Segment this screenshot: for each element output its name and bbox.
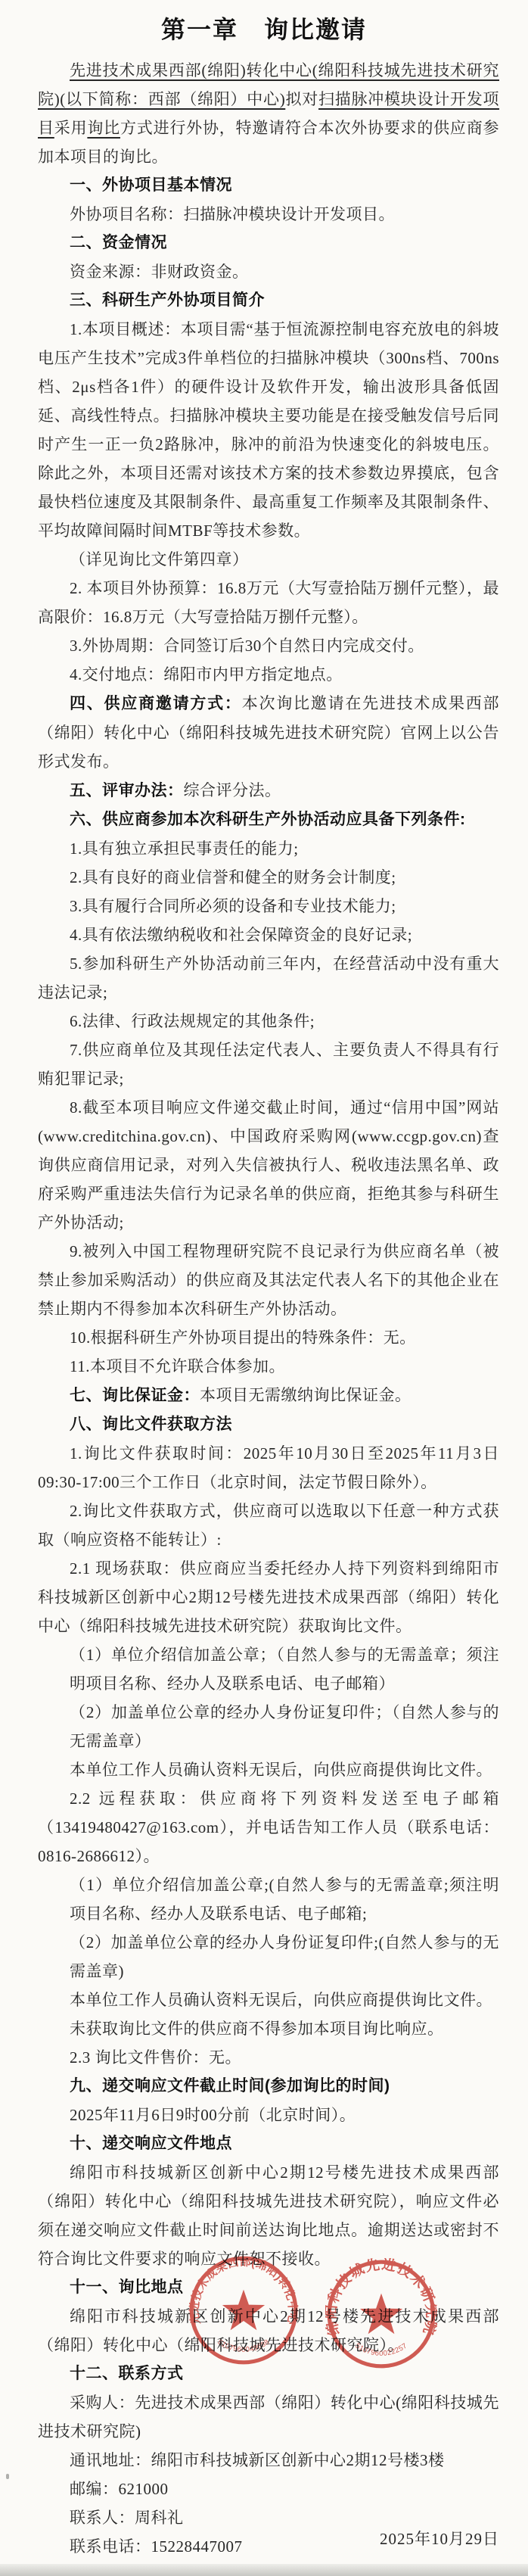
text-run: 四、供应商邀请方式： — [70, 695, 242, 712]
text-run: 3.外协周期：合同签订后30个自然日内完成交付。 — [70, 637, 424, 655]
period-line: 3.外协周期：合同签订后30个自然日内完成交付。 — [38, 631, 499, 660]
text-run: 5.参加科研生产外协活动前三年内，在经营活动中没有重大违法记录; — [38, 955, 499, 1001]
condition-3: 3.具有履行合同所必须的设备和专业技术能力; — [38, 892, 499, 920]
stamp-star-icon — [360, 2294, 402, 2335]
text-run: 1.本项目概述：本项目需“基于恒流源控制电容充放电的斜坡电压产生技术”完成3件单… — [38, 320, 499, 540]
text-run: 9.被列入中国工程物理研究院不良记录行为供应商名单（被禁止参加采购活动）的供应商… — [38, 1242, 499, 1318]
document-page: 第一章 询比邀请 先进技术成果西部(绵阳)转化中心(绵阳科技城先进技术研究院)(… — [0, 0, 528, 2576]
section-2-heading: 二、资金情况 — [38, 229, 499, 257]
text-run: 4.交付地点：绵阳市内甲方指定地点。 — [70, 665, 343, 684]
text-run: 九、递交响应文件截止时间(参加询比的时间) — [70, 2077, 390, 2095]
purchaser-line: 采购人：先进技术成果西部（绵阳）转化中心(绵阳科技城先进技术研究院) — [38, 2388, 499, 2446]
text-run: 4.具有依法缴纳税收和社会保障资金的良好记录; — [70, 926, 412, 944]
text-run: 联系人：周科礼 — [70, 2509, 184, 2527]
stamp-star-icon — [222, 2290, 265, 2331]
text-run: 通讯地址：绵阳市科技城新区创新中心2期12号楼3楼 — [70, 2451, 445, 2469]
scan-edge-shadow — [0, 2564, 528, 2576]
text-run: 七、询比保证金： — [70, 1387, 200, 1404]
text-run: 五、评审办法： — [70, 782, 184, 799]
condition-2: 2.具有良好的商业信誉和健全的财务会计制度; — [38, 863, 499, 892]
see-chapter-note: （详见询比文件第四章） — [38, 545, 499, 574]
text-run: 6.法律、行政法规规定的其他条件; — [70, 1012, 315, 1030]
text-run: （2）加盖单位公章的经办人身份证复印件;(自然人参与的无需盖章) — [70, 1933, 499, 1980]
text-run: 未获取询比文件的供应商不得参加本项目询比响应。 — [70, 2020, 444, 2038]
underlined-text: 询比 — [87, 119, 120, 137]
onsite-obtain: 2.1 现场获取：供应商应当委托经办人持下列资料到绵阳市科技城新区创新中心2期1… — [38, 1554, 499, 1640]
intro-paragraph: 先进技术成果西部(绵阳)转化中心(绵阳科技城先进技术研究院)(以下简称：西部（绵… — [38, 56, 499, 171]
text-run: 六、供应商参加本次科研生产外协活动应具备下列条件: — [70, 811, 466, 828]
text-run: （详见询比文件第四章） — [70, 550, 249, 568]
scan-artifact-dot — [6, 2474, 9, 2479]
remote-obtain: 2.2 远程获取：供应商将下列资料发送至电子邮箱（13419480427@163… — [38, 1784, 499, 1870]
onsite-confirm-note: 本单位工作人员确认资料无误后，向供应商提供询比文件。 — [38, 1755, 499, 1784]
text-run: 本项目无需缴纳询比保证金。 — [200, 1386, 412, 1404]
onsite-item-1: （1）单位介绍信加盖公章；（自然人参与的无需盖章；须注明项目名称、经办人及联系电… — [70, 1640, 499, 1698]
project-name-line: 外协项目名称：扫描脉冲模块设计开发项目。 — [38, 200, 499, 229]
section-4-heading: 四、供应商邀请方式：本次询比邀请在先进技术成果西部（绵阳）转化中心（绵阳科技城先… — [38, 689, 499, 776]
text-run: 2.3 询比文件售价：无。 — [70, 2048, 241, 2067]
text-run: 二、资金情况 — [70, 234, 167, 251]
text-run: 10.根据科研生产外协项目提出的特殊条件：无。 — [70, 1328, 416, 1347]
section-5-heading: 五、评审办法：综合评分法。 — [38, 776, 499, 805]
text-run: 综合评分法。 — [184, 781, 281, 799]
document-date: 2025年10月29日 — [380, 2527, 499, 2550]
text-run: 绵阳市科技城新区创新中心2期12号楼先进技术成果西部（绵阳）转化中心（绵阳科技城… — [38, 2163, 499, 2268]
text-run: 7.供应商单位及其现任法定代表人、主要负责人不得具有行贿犯罪记录; — [38, 1041, 499, 1088]
text-run: 11.本项目不允许联合体参加。 — [70, 1357, 285, 1375]
remote-item-2: （2）加盖单位公章的经办人身份证复印件;(自然人参与的无需盖章) — [70, 1928, 499, 1986]
document-body: 先进技术成果西部(绵阳)转化中心(绵阳科技城先进技术研究院)(以下简称：西部（绵… — [0, 53, 528, 2561]
text-run: 十二、联系方式 — [70, 2365, 184, 2382]
text-run: 2025年11月6日9时00分前（北京时间）。 — [70, 2106, 356, 2124]
stamp-serial-number: 5107960022257 — [354, 2342, 409, 2358]
text-run: 外协项目名称：扫描脉冲模块设计开发项目。 — [70, 205, 395, 223]
doc-obtain-method: 2.询比文件获取方式，供应商可以选取以下任意一种方式获取（响应资格不能转让）: — [38, 1497, 499, 1554]
condition-1: 1.具有独立承担民事责任的能力; — [38, 834, 499, 863]
text-run: 联系电话：15228447007 — [70, 2537, 243, 2556]
section-10-heading: 十、递交响应文件地点 — [38, 2129, 499, 2158]
text-run: 2.具有良好的商业信誉和健全的财务会计制度; — [70, 868, 396, 886]
text-run: 十、递交响应文件地点 — [70, 2135, 232, 2152]
address-line: 通讯地址：绵阳市科技城新区创新中心2期12号楼3楼 — [38, 2446, 499, 2475]
onsite-item-2: （2）加盖单位公章的经办人身份证复印件；（自然人参与的无需盖章） — [70, 1698, 499, 1755]
delivery-place-line: 4.交付地点：绵阳市内甲方指定地点。 — [38, 660, 499, 689]
text-run: 十一、询比地点 — [70, 2279, 184, 2296]
text-run: 采购人：先进技术成果西部（绵阳）转化中心(绵阳科技城先进技术研究院) — [38, 2394, 499, 2441]
text-run: 采用 — [54, 119, 88, 137]
section-7-heading: 七、询比保证金：本项目无需缴纳询比保证金。 — [38, 1381, 499, 1410]
text-run: 本单位工作人员确认资料无误后，向供应商提供询比文件。 — [70, 1761, 492, 1779]
condition-7: 7.供应商单位及其现任法定代表人、主要负责人不得具有行贿犯罪记录; — [38, 1036, 499, 1093]
section-1-heading: 一、外协项目基本情况 — [38, 171, 499, 200]
text-run: 3.具有履行合同所必须的设备和专业技术能力; — [70, 897, 396, 915]
text-run: （1）单位介绍信加盖公章；（自然人参与的无需盖章；须注明项目名称、经办人及联系电… — [70, 1646, 499, 1693]
text-run: 本单位工作人员确认资料无误后，向供应商提供询比文件。 — [70, 1991, 492, 2009]
doc-price-line: 2.3 询比文件售价：无。 — [38, 2043, 499, 2072]
text-run: 一、外协项目基本情况 — [70, 176, 232, 194]
doc-obtain-time: 1.询比文件获取时间：2025年10月30日至2025年11月3日09:30-1… — [38, 1439, 499, 1497]
postcode-line: 邮编：621000 — [38, 2475, 499, 2503]
stamp-serial-number: 5107960049688 — [216, 2338, 272, 2354]
remote-item-1: （1）单位介绍信加盖公章;(自然人参与的无需盖章;须注明项目名称、经办人及联系电… — [70, 1870, 499, 1928]
page-title: 第一章 询比邀请 — [0, 11, 528, 45]
budget-line: 2. 本项目外协预算：16.8万元（大写壹拾陆万捌仟元整），最高限价：16.8万… — [38, 574, 499, 631]
condition-11: 11.本项目不允许联合体参加。 — [38, 1352, 499, 1381]
condition-8: 8.截至本项目响应文件递交截止时间，通过“信用中国”网站(www.creditc… — [38, 1093, 499, 1237]
text-run: （2）加盖单位公章的经办人身份证复印件；（自然人参与的无需盖章） — [70, 1703, 499, 1750]
section-9-heading: 九、递交响应文件截止时间(参加询比的时间) — [38, 2072, 499, 2101]
deadline-line: 2025年11月6日9时00分前（北京时间）。 — [38, 2101, 499, 2129]
text-run: 1.询比文件获取时间：2025年10月30日至2025年11月3日09:30-1… — [38, 1444, 499, 1491]
text-run: 拟对 — [285, 90, 318, 108]
text-run: 2.询比文件获取方式，供应商可以选取以下任意一种方式获取（响应资格不能转让）: — [38, 1502, 499, 1549]
text-run: （1）单位介绍信加盖公章;(自然人参与的无需盖章;须注明项目名称、经办人及联系电… — [70, 1876, 499, 1923]
text-run: 2.2 远程获取：供应商将下列资料发送至电子邮箱（13419480427@163… — [38, 1789, 499, 1865]
section-3-heading: 三、科研生产外协项目简介 — [38, 286, 499, 315]
text-run: 邮编：621000 — [70, 2480, 169, 2498]
text-run: 2. 本项目外协预算：16.8万元（大写壹拾陆万捌仟元整），最高限价：16.8万… — [38, 579, 499, 626]
condition-4: 4.具有依法缴纳税收和社会保障资金的良好记录; — [38, 920, 499, 949]
condition-10: 10.根据科研生产外协项目提出的特殊条件：无。 — [38, 1323, 499, 1352]
section-8-heading: 八、询比文件获取方法 — [38, 1410, 499, 1439]
remote-confirm-note: 本单位工作人员确认资料无误后，向供应商提供询比文件。 — [38, 1986, 499, 2014]
condition-9: 9.被列入中国工程物理研究院不良记录行为供应商名单（被禁止参加采购活动）的供应商… — [38, 1237, 499, 1323]
text-run: 八、询比文件获取方法 — [70, 1416, 232, 1433]
text-run: 资金来源：非财政资金。 — [70, 263, 249, 281]
text-run: 1.具有独立承担民事责任的能力; — [70, 839, 299, 858]
fund-source-line: 资金来源：非财政资金。 — [38, 257, 499, 286]
text-run: 8.截至本项目响应文件递交截止时间，通过“信用中国”网站(www.creditc… — [38, 1098, 499, 1232]
no-doc-no-response-note: 未获取询比文件的供应商不得参加本项目询比响应。 — [38, 2014, 499, 2043]
text-run: 2.1 现场获取：供应商应当委托经办人持下列资料到绵阳市科技城新区创新中心2期1… — [38, 1559, 499, 1635]
official-stamp-west-center: 先进技术成果西部(绵阳)转化中心 5107960049688 — [188, 2254, 300, 2366]
condition-5: 5.参加科研生产外协活动前三年内，在经营活动中没有重大违法记录; — [38, 949, 499, 1007]
text-run: 三、科研生产外协项目简介 — [70, 291, 265, 309]
section-6-heading: 六、供应商参加本次科研生产外协活动应具备下列条件: — [38, 805, 499, 834]
project-overview: 1.本项目概述：本项目需“基于恒流源控制电容充放电的斜坡电压产生技术”完成3件单… — [38, 315, 499, 545]
condition-6: 6.法律、行政法规规定的其他条件; — [38, 1007, 499, 1036]
official-stamp-research-institute: 绵阳科技城先进技术研究院 5107960022257 — [325, 2258, 437, 2370]
